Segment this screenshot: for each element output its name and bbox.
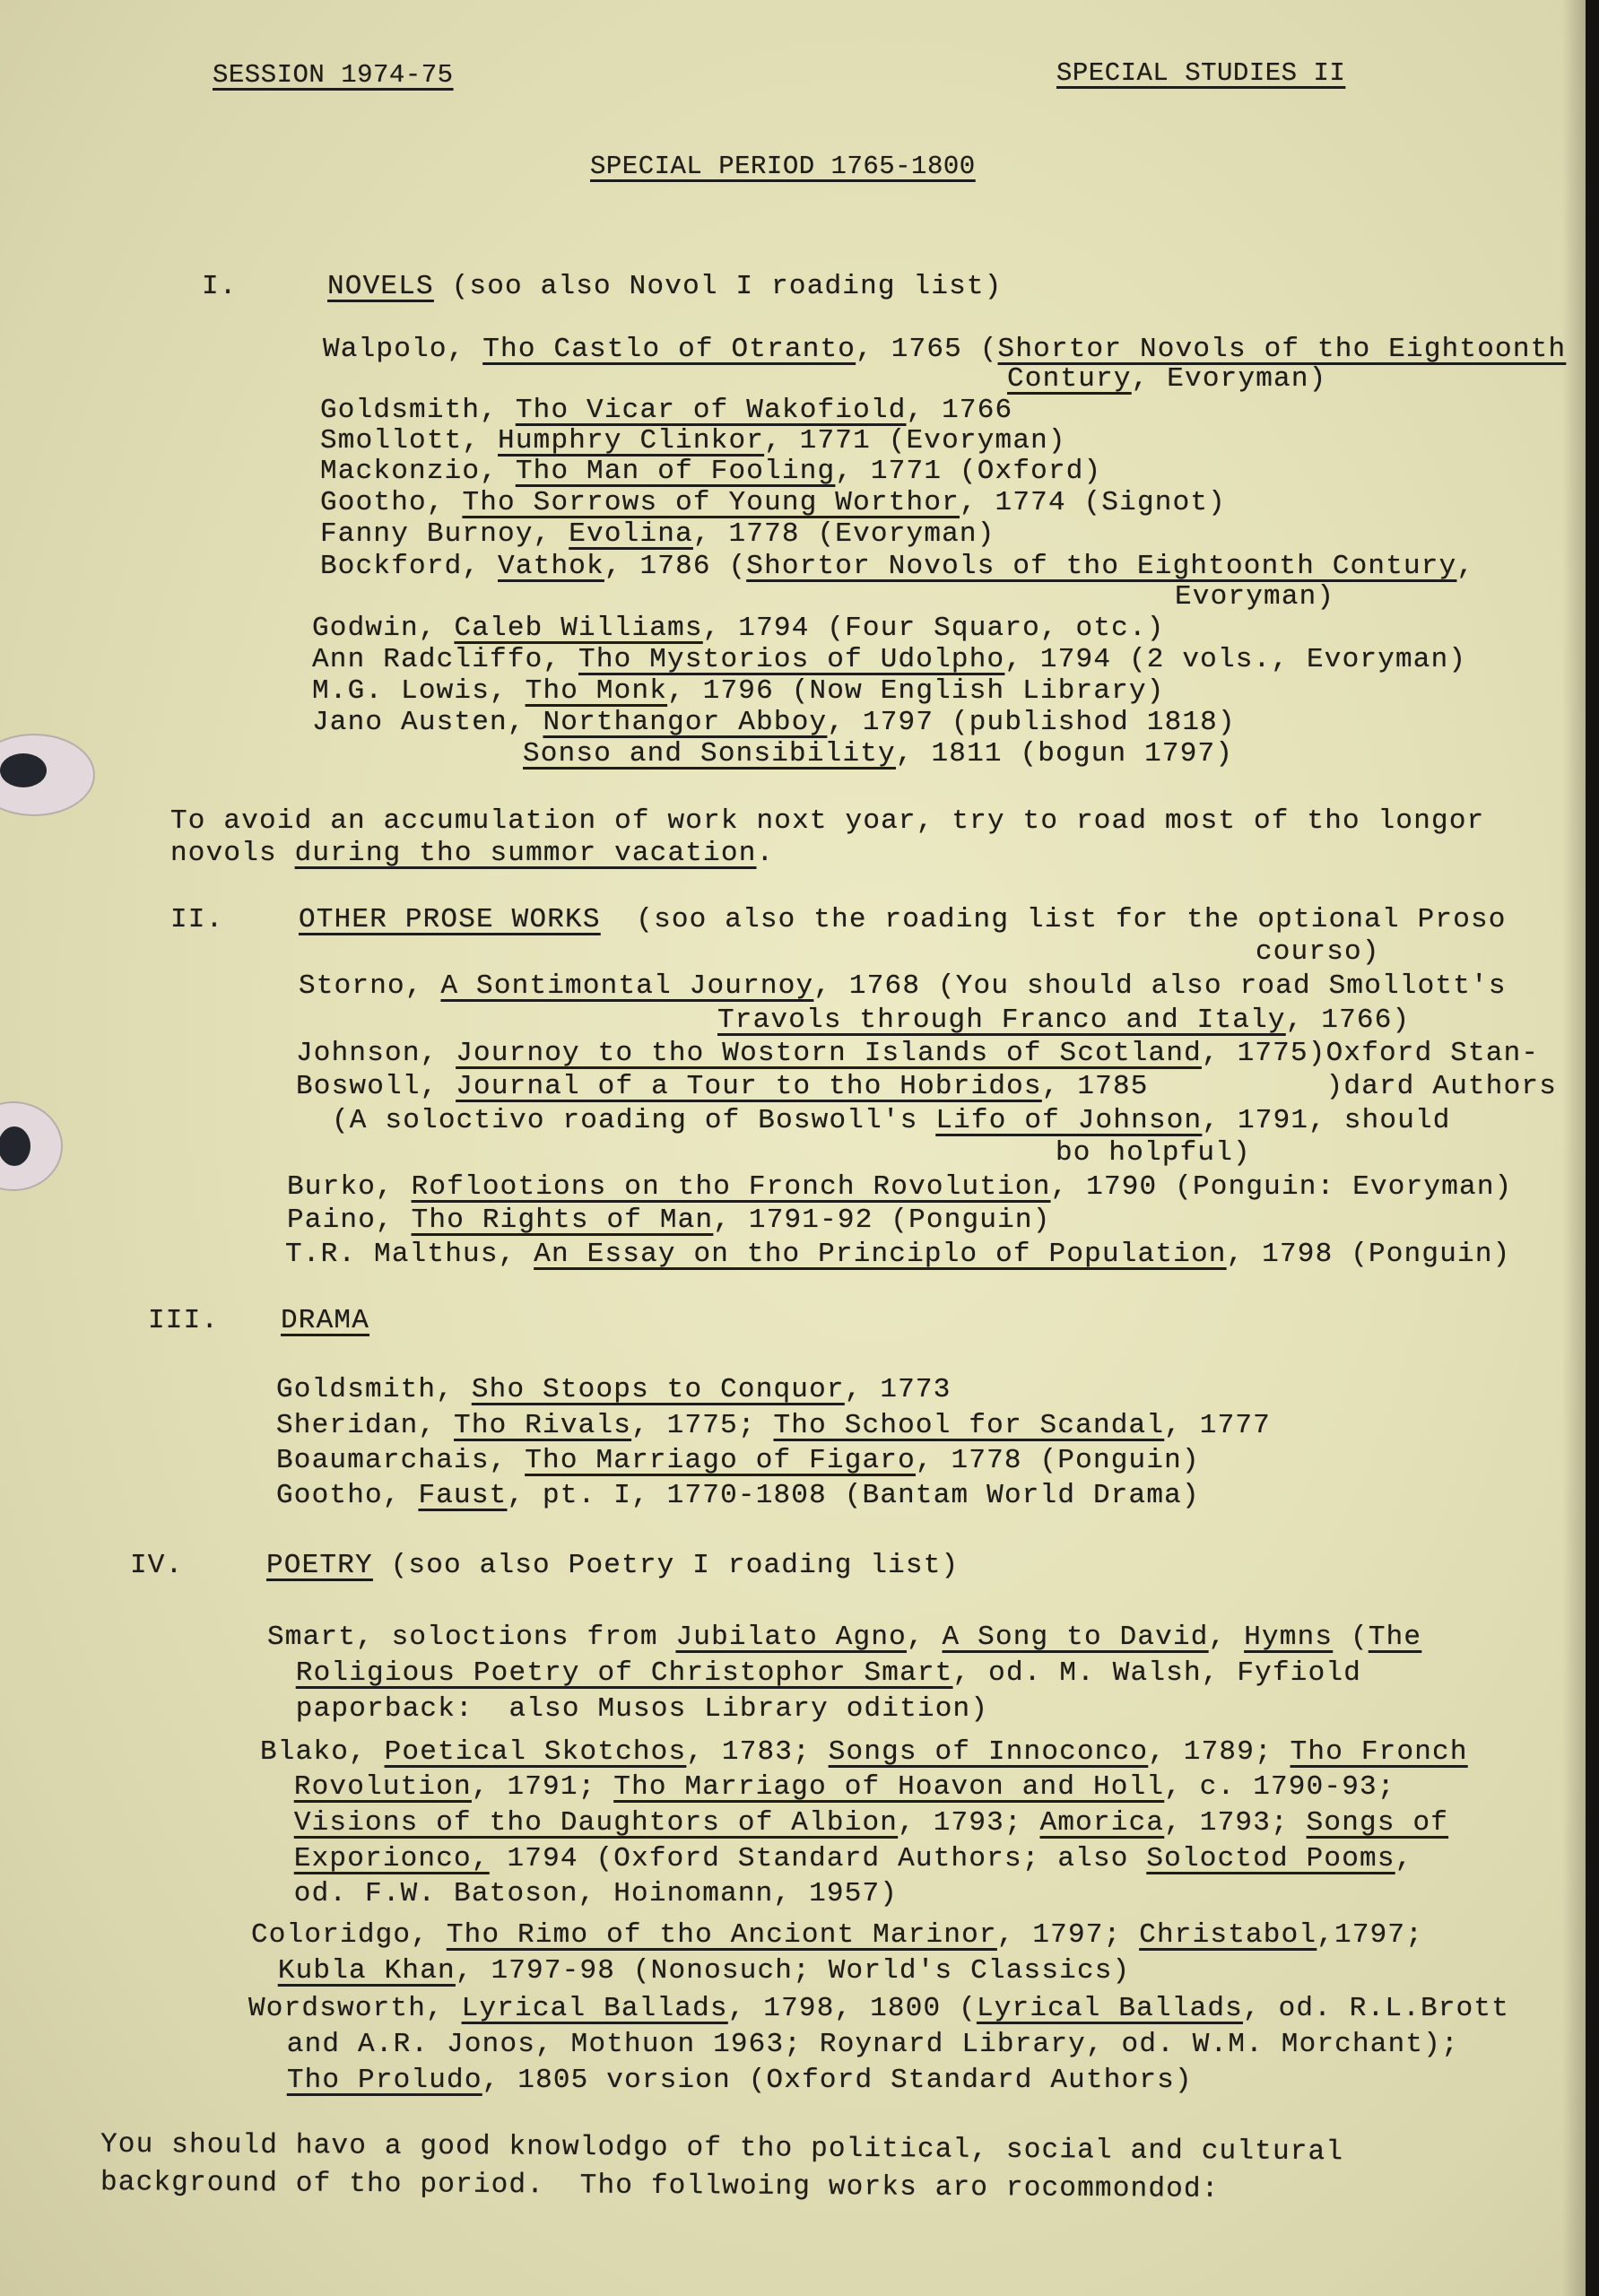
work-title: Caleb Williams — [454, 613, 702, 644]
author: M.G. Lowis, — [312, 675, 526, 707]
document-page: SESSION 1974-75 SPECIAL STUDIES II SPECI… — [0, 0, 1586, 2296]
novel-entry: Bockford, Vathok, 1786 (Shortor Novols o… — [320, 551, 1474, 583]
entry-text: , od. R.L.Brott — [1243, 1993, 1509, 2024]
work-title: Jubilato Agno — [675, 1622, 906, 1653]
entry-text: , 1775)Oxford Stan- — [1202, 1038, 1539, 1069]
work-title: An Essay on tho Principlo of Population — [534, 1239, 1226, 1270]
entry-text: , 1786 ( — [604, 551, 746, 582]
heading-note: (soo also Poetry I roading list) — [373, 1550, 960, 1581]
entry-text: , 1793; — [898, 1807, 1039, 1839]
prose-entry: T.R. Malthus, An Essay on tho Principlo … — [285, 1239, 1510, 1271]
edition-title: Shortor Novols of tho Eightoonth Contury — [746, 551, 1456, 582]
advice-text: novols — [170, 838, 295, 869]
author: Paino, — [287, 1205, 412, 1236]
work-title: Tho Castlo of Otranto — [482, 334, 856, 365]
section-numeral-novels: I. — [202, 271, 238, 303]
novel-entry-cont: Contury, Evoryman) — [1007, 363, 1326, 396]
author: Mackonzio, — [320, 456, 516, 487]
work-title: Northangor Abboy — [543, 707, 827, 738]
entry-text: Coloridgo, — [251, 1919, 447, 1951]
prose-entry: Paino, Tho Rights of Man, 1791-92 (Pongu… — [287, 1205, 1051, 1237]
work-title: Roflootions on tho Fronch Rovolution — [412, 1171, 1051, 1203]
heading-text: OTHER PROSE WORKS — [299, 904, 601, 935]
section-heading-drama: DRAMA — [281, 1305, 369, 1337]
author: Bockford, — [320, 551, 498, 582]
entry-text: , 1794 (2 vols., Evoryman) — [1004, 644, 1466, 675]
entry-text — [260, 1955, 278, 1987]
work-title: Songs of Innoconco — [829, 1736, 1148, 1768]
section-numeral-drama: III. — [148, 1305, 219, 1337]
work-title: Rovolution — [294, 1771, 472, 1803]
entry-text: Wordsworth, — [248, 1993, 462, 2024]
author: Fanny Burnoy, — [320, 518, 569, 550]
entry-text: , 1774 (Signot) — [960, 487, 1226, 518]
work-title: Kubla Khan — [278, 1955, 456, 1987]
novel-entry: Goldsmith, Tho Vicar of Wakofiold, 1766 — [320, 395, 1012, 427]
author: Goldsmith, — [276, 1374, 472, 1405]
entry-text: ( — [1333, 1622, 1369, 1653]
entry-text: , 1791; — [472, 1771, 613, 1803]
entry-text: 1794 (Oxford Standard Authors; also — [490, 1843, 1147, 1874]
poetry-line: Kubla Khan, 1797-98 (Nonosuch; World's C… — [260, 1955, 1130, 1987]
entry-text: , — [1456, 551, 1474, 582]
heading-note: (soo also Novol I roading list) — [434, 271, 1003, 302]
poetry-line: Coloridgo, Tho Rimo of tho Anciont Marin… — [251, 1919, 1423, 1952]
entry-text: Evoryman) — [1175, 581, 1334, 613]
entry-text: , 1778 (Evoryman) — [693, 518, 995, 550]
entry-text — [269, 2065, 287, 2096]
section-heading-poetry: POETRY (soo also Poetry I roading list) — [266, 1550, 959, 1582]
entry-text — [276, 1771, 294, 1803]
entry-text: , 1775; — [631, 1410, 773, 1441]
novel-entry: Sonso and Sonsibility, 1811 (bogun 1797) — [523, 738, 1233, 770]
novel-entry: Fanny Burnoy, Evolina, 1778 (Evoryman) — [320, 518, 995, 551]
work-title: Tho Proludo — [287, 2065, 482, 2096]
entry-text: , 1796 (Now English Library) — [667, 675, 1165, 707]
entry-text: Smart, soloctions from — [267, 1622, 675, 1653]
author: Storno, — [299, 970, 440, 1002]
work-title: Christabol — [1139, 1919, 1317, 1951]
entry-text: , 1805 vorsion (Oxford Standard Authors) — [482, 2065, 1193, 2096]
work-title: Tho Mystorios of Udolpho — [578, 644, 1004, 675]
entry-text: , 1766 — [907, 395, 1013, 426]
work-title: Journal of a Tour to tho Hobridos — [456, 1071, 1042, 1102]
author: Boswoll, — [296, 1071, 456, 1102]
entry-text: , 1789; — [1148, 1736, 1290, 1768]
author: Johnson, — [296, 1038, 456, 1069]
novel-entry: Ann Radcliffo, Tho Mystorios of Udolpho,… — [312, 644, 1466, 676]
entry-text — [278, 1657, 296, 1689]
work-title: Tho Vicar of Wakofiold — [516, 395, 907, 426]
poetry-line: Smart, soloctions from Jubilato Agno, A … — [267, 1622, 1421, 1654]
edition-title: Shortor Novols of tho Eightoonth — [998, 334, 1567, 365]
work-title: Poetical Skotchos — [385, 1736, 687, 1768]
work-title: The — [1369, 1622, 1421, 1653]
novel-entry: Walpolo, Tho Castlo of Otranto, 1765 (Sh… — [323, 334, 1566, 366]
entry-text: , c. 1790-93; — [1164, 1771, 1395, 1803]
poetry-line: Visions of tho Daughtors of Albion, 1793… — [276, 1807, 1448, 1839]
prose-entry: Burko, Roflootions on tho Fronch Rovolut… — [287, 1171, 1512, 1204]
author: Smollott, — [320, 425, 498, 457]
work-title: Faust — [418, 1480, 507, 1511]
work-title: Travols through Franco and Italy — [717, 1004, 1286, 1036]
work-title: Songs of — [1307, 1807, 1448, 1839]
poetry-line: Roligious Poetry of Christophor Smart, o… — [278, 1657, 1361, 1690]
entry-text — [276, 1807, 294, 1839]
drama-entry: Goldsmith, Sho Stoops to Conquor, 1773 — [276, 1374, 952, 1406]
work-title: Tho Fronch — [1290, 1736, 1468, 1768]
entry-text: , — [1209, 1622, 1245, 1653]
prose-entry: (A soloctivo roading of Boswoll's Lifo o… — [332, 1105, 1451, 1137]
work-title: Tho Monk — [526, 675, 667, 707]
poetry-line: Tho Proludo, 1805 vorsion (Oxford Standa… — [269, 2065, 1193, 2097]
prose-entry: Travols through Franco and Italy, 1766) — [717, 1004, 1410, 1037]
author: Gootho, — [276, 1480, 418, 1511]
author: Ann Radcliffo, — [312, 644, 578, 675]
advice-emphasis: during tho summor vacation — [295, 838, 757, 869]
heading-text: NOVELS — [327, 271, 434, 302]
heading-text: POETRY — [266, 1550, 373, 1581]
entry-text: , 1771 (Oxford) — [835, 456, 1101, 487]
drama-entry: Boaumarchais, Tho Marriago of Figaro, 17… — [276, 1445, 1200, 1477]
section-numeral-poetry: IV. — [130, 1550, 183, 1582]
drama-entry: Sheridan, Tho Rivals, 1775; Tho School f… — [276, 1410, 1271, 1442]
entry-text: , 1777 — [1164, 1410, 1271, 1441]
punch-hole-lower — [0, 1101, 63, 1191]
edition-title: Contury — [1007, 363, 1132, 395]
entry-text: , 1798 (Ponguin) — [1227, 1239, 1511, 1270]
author: Sheridan, — [276, 1410, 454, 1441]
work-title: Tho Rivals — [454, 1410, 631, 1441]
work-title: Vathok — [498, 551, 604, 582]
entry-text: , — [907, 1622, 943, 1653]
entry-text: , pt. I, 1770-1808 (Bantam World Drama) — [507, 1480, 1199, 1511]
work-title: Lyrical Ballads — [977, 1993, 1243, 2024]
work-title: Journoy to tho Wostorn Islands of Scotla… — [456, 1038, 1202, 1069]
poetry-line: paporback: also Musos Library odition) — [278, 1693, 988, 1726]
work-title: Tho Marriago of Figaro — [525, 1445, 916, 1476]
work-title: Tho Rimo of tho Anciont Marinor — [447, 1919, 997, 1951]
advice-line-1: To avoid an accumulation of work noxt yo… — [170, 805, 1484, 838]
entry-text — [276, 1843, 294, 1874]
work-title: Hymns — [1244, 1622, 1333, 1653]
entry-text: , Evoryman) — [1132, 363, 1327, 395]
novel-entry: Smollott, Humphry Clinkor, 1771 (Evoryma… — [320, 425, 1066, 457]
novel-entry: Godwin, Caleb Williams, 1794 (Four Squar… — [312, 613, 1165, 645]
entry-text: , — [1395, 1843, 1413, 1874]
entry-text: bo holpful) — [1056, 1137, 1251, 1169]
entry-text: , 1773 — [845, 1374, 952, 1405]
work-title: A Song to David — [943, 1622, 1209, 1653]
entry-text: , 1797-98 (Nonosuch; World's Classics) — [456, 1955, 1131, 1987]
poetry-line: and A.R. Jonos, Mothuon 1963; Roynard Li… — [269, 2029, 1459, 2061]
advice-end: . — [757, 838, 775, 869]
drama-entry: Gootho, Faust, pt. I, 1770-1808 (Bantam … — [276, 1480, 1200, 1512]
work-title: Roligious Poetry of Christophor Smart — [296, 1657, 953, 1689]
entry-text: Blako, — [260, 1736, 385, 1768]
entry-text: , 1790 (Ponguin: Evoryman) — [1051, 1171, 1513, 1203]
entry-text: , 1798, 1800 ( — [728, 1993, 977, 2024]
author: T.R. Malthus, — [285, 1239, 534, 1270]
entry-text: , 1797; — [997, 1919, 1139, 1951]
entry-text: , 1791, should — [1202, 1105, 1450, 1136]
novel-entry: Jano Austen, Northangor Abboy, 1797 (pub… — [312, 707, 1236, 739]
entry-text: , 1797 (publishod 1818) — [827, 707, 1235, 738]
section-heading-novels: NOVELS (soo also Novol I roading list) — [327, 271, 1003, 303]
advice-line-2: novols during tho summor vacation. — [170, 838, 774, 870]
session-label: SESSION 1974-75 — [213, 59, 454, 91]
work-title: Tho Man of Fooling — [516, 456, 835, 487]
entry-text: paporback: also Musos Library odition) — [278, 1693, 988, 1725]
author: Boaumarchais, — [276, 1445, 525, 1476]
author: Godwin, — [312, 613, 454, 644]
novel-entry: Gootho, Tho Sorrows of Young Worthor, 17… — [320, 487, 1226, 519]
author: Goldsmith, — [320, 395, 516, 426]
work-title: Sho Stoops to Conquor — [472, 1374, 845, 1405]
author: Burko, — [287, 1171, 412, 1203]
page-title: SPECIAL PERIOD 1765-1800 — [590, 151, 976, 183]
poetry-line: Exporionco, 1794 (Oxford Standard Author… — [276, 1843, 1412, 1875]
entry-text: , 1778 (Ponguin) — [916, 1445, 1200, 1476]
work-title: Exporionco, — [294, 1843, 490, 1874]
entry-text: ,1797; — [1317, 1919, 1423, 1951]
entry-text: , 1793; — [1164, 1807, 1306, 1839]
entry-text: , 1765 ( — [856, 334, 997, 365]
prose-entry: Johnson, Journoy to tho Wostorn Islands … — [296, 1038, 1539, 1070]
work-title: Tho Rights of Man — [412, 1205, 714, 1236]
author: (A soloctivo roading of Boswoll's — [332, 1105, 935, 1136]
work-title: Humphry Clinkor — [498, 425, 764, 457]
poetry-line: Rovolution, 1791; Tho Marriago of Hoavon… — [276, 1771, 1395, 1804]
work-title: Evolina — [569, 518, 693, 550]
author: Gootho, — [320, 487, 462, 518]
entry-text: , 1785 )dard Authors — [1042, 1071, 1557, 1102]
work-title: Tho Marriago of Hoavon and Holl — [613, 1771, 1164, 1803]
section-numeral-prose: II. — [170, 904, 223, 936]
poetry-line: Blako, Poetical Skotchos, 1783; Songs of… — [260, 1736, 1468, 1769]
entry-text: , od. M. Walsh, Fyfiold — [953, 1657, 1361, 1689]
entry-text: , 1794 (Four Squaro, otc.) — [703, 613, 1165, 644]
novel-entry-cont: Evoryman) — [1175, 581, 1334, 613]
entry-text: and A.R. Jonos, Mothuon 1963; Roynard Li… — [269, 2029, 1459, 2060]
entry-text: , 1811 (bogun 1797) — [896, 738, 1233, 770]
heading-note: (soo also the roading list for the optio… — [601, 904, 1507, 935]
section-heading-prose: OTHER PROSE WORKS (soo also the roading … — [299, 904, 1507, 936]
entry-text: , 1766) — [1286, 1004, 1411, 1036]
prose-entry: Boswoll, Journal of a Tour to tho Hobrid… — [296, 1071, 1557, 1103]
work-title: Soloctod Pooms — [1146, 1843, 1395, 1874]
work-title: Sonso and Sonsibility — [523, 738, 896, 770]
work-title: Lyrical Ballads — [462, 1993, 728, 2024]
work-title: A Sontimontal Journoy — [440, 970, 813, 1002]
entry-text: od. F.W. Batoson, Hoinomann, 1957) — [276, 1878, 898, 1909]
work-title: Lifo of Johnson — [935, 1105, 1202, 1136]
entry-text: , 1768 (You should also road Smollott's — [813, 970, 1506, 1002]
closing-line-1: You should havo a good knowlodgo of tho … — [100, 2129, 1343, 2169]
work-title: Tho School for Scandal — [774, 1410, 1165, 1441]
work-title: Visions of tho Daughtors of Albion — [294, 1807, 898, 1839]
entry-text: , 1791-92 (Ponguin) — [713, 1205, 1050, 1236]
work-title: Amorica — [1040, 1807, 1165, 1839]
punch-hole-upper — [0, 734, 95, 816]
author: Jano Austen, — [312, 707, 543, 738]
closing-line-2: background of tho poriod. Tho follwoing … — [100, 2167, 1220, 2206]
novel-entry: M.G. Lowis, Tho Monk, 1796 (Now English … — [312, 675, 1165, 708]
page-edge-shadow — [1586, 0, 1599, 2296]
novel-entry: Mackonzio, Tho Man of Fooling, 1771 (Oxf… — [320, 456, 1101, 488]
prose-note-cont: courso) — [1256, 936, 1380, 969]
entry-text: , 1771 (Evoryman) — [764, 425, 1066, 457]
work-title: Tho Sorrows of Young Worthor — [462, 487, 960, 518]
author: Walpolo, — [323, 334, 482, 365]
prose-entry: Storno, A Sontimontal Journoy, 1768 (You… — [299, 970, 1507, 1003]
poetry-line: od. F.W. Batoson, Hoinomann, 1957) — [276, 1878, 898, 1910]
prose-entry: bo holpful) — [1056, 1137, 1251, 1170]
course-label: SPECIAL STUDIES II — [1056, 57, 1345, 90]
entry-text: , 1783; — [686, 1736, 828, 1768]
poetry-line: Wordsworth, Lyrical Ballads, 1798, 1800 … — [248, 1993, 1509, 2025]
